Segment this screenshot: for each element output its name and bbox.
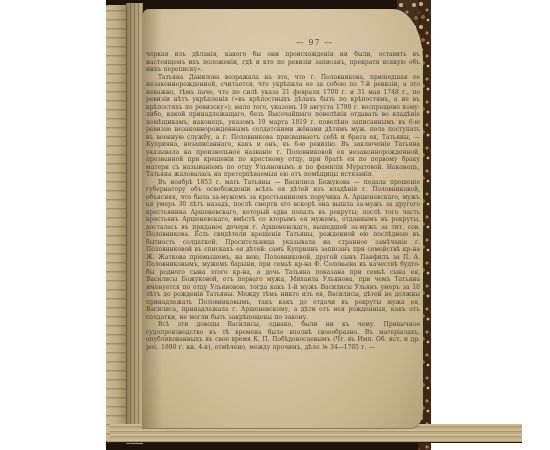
body-text: черкая изъ дѣланія, какого бы они происх… <box>146 51 420 351</box>
page-number: — 97 — <box>142 38 423 47</box>
book-page: — 97 — черкая изъ дѣланія, какого бы они… <box>142 9 423 428</box>
photograph-of-book-page: — 97 — черкая изъ дѣланія, какого бы они… <box>0 0 550 450</box>
paragraph: Татьяна Данилова возражала на это, что г… <box>146 74 420 179</box>
paragraph-continuation: черкая изъ дѣланія, какого бы они происх… <box>146 51 420 74</box>
book-photo-background: — 97 — черкая изъ дѣланія, какого бы они… <box>106 0 431 450</box>
left-page-fore-edge <box>106 5 127 442</box>
paragraph: Въ ноябрѣ 1853 г. мать Татьяны — Василис… <box>146 179 420 322</box>
gutter-shadow <box>126 3 143 444</box>
paragraph: Всѣ эти доводы Василисы, однако, были ни… <box>146 321 420 351</box>
